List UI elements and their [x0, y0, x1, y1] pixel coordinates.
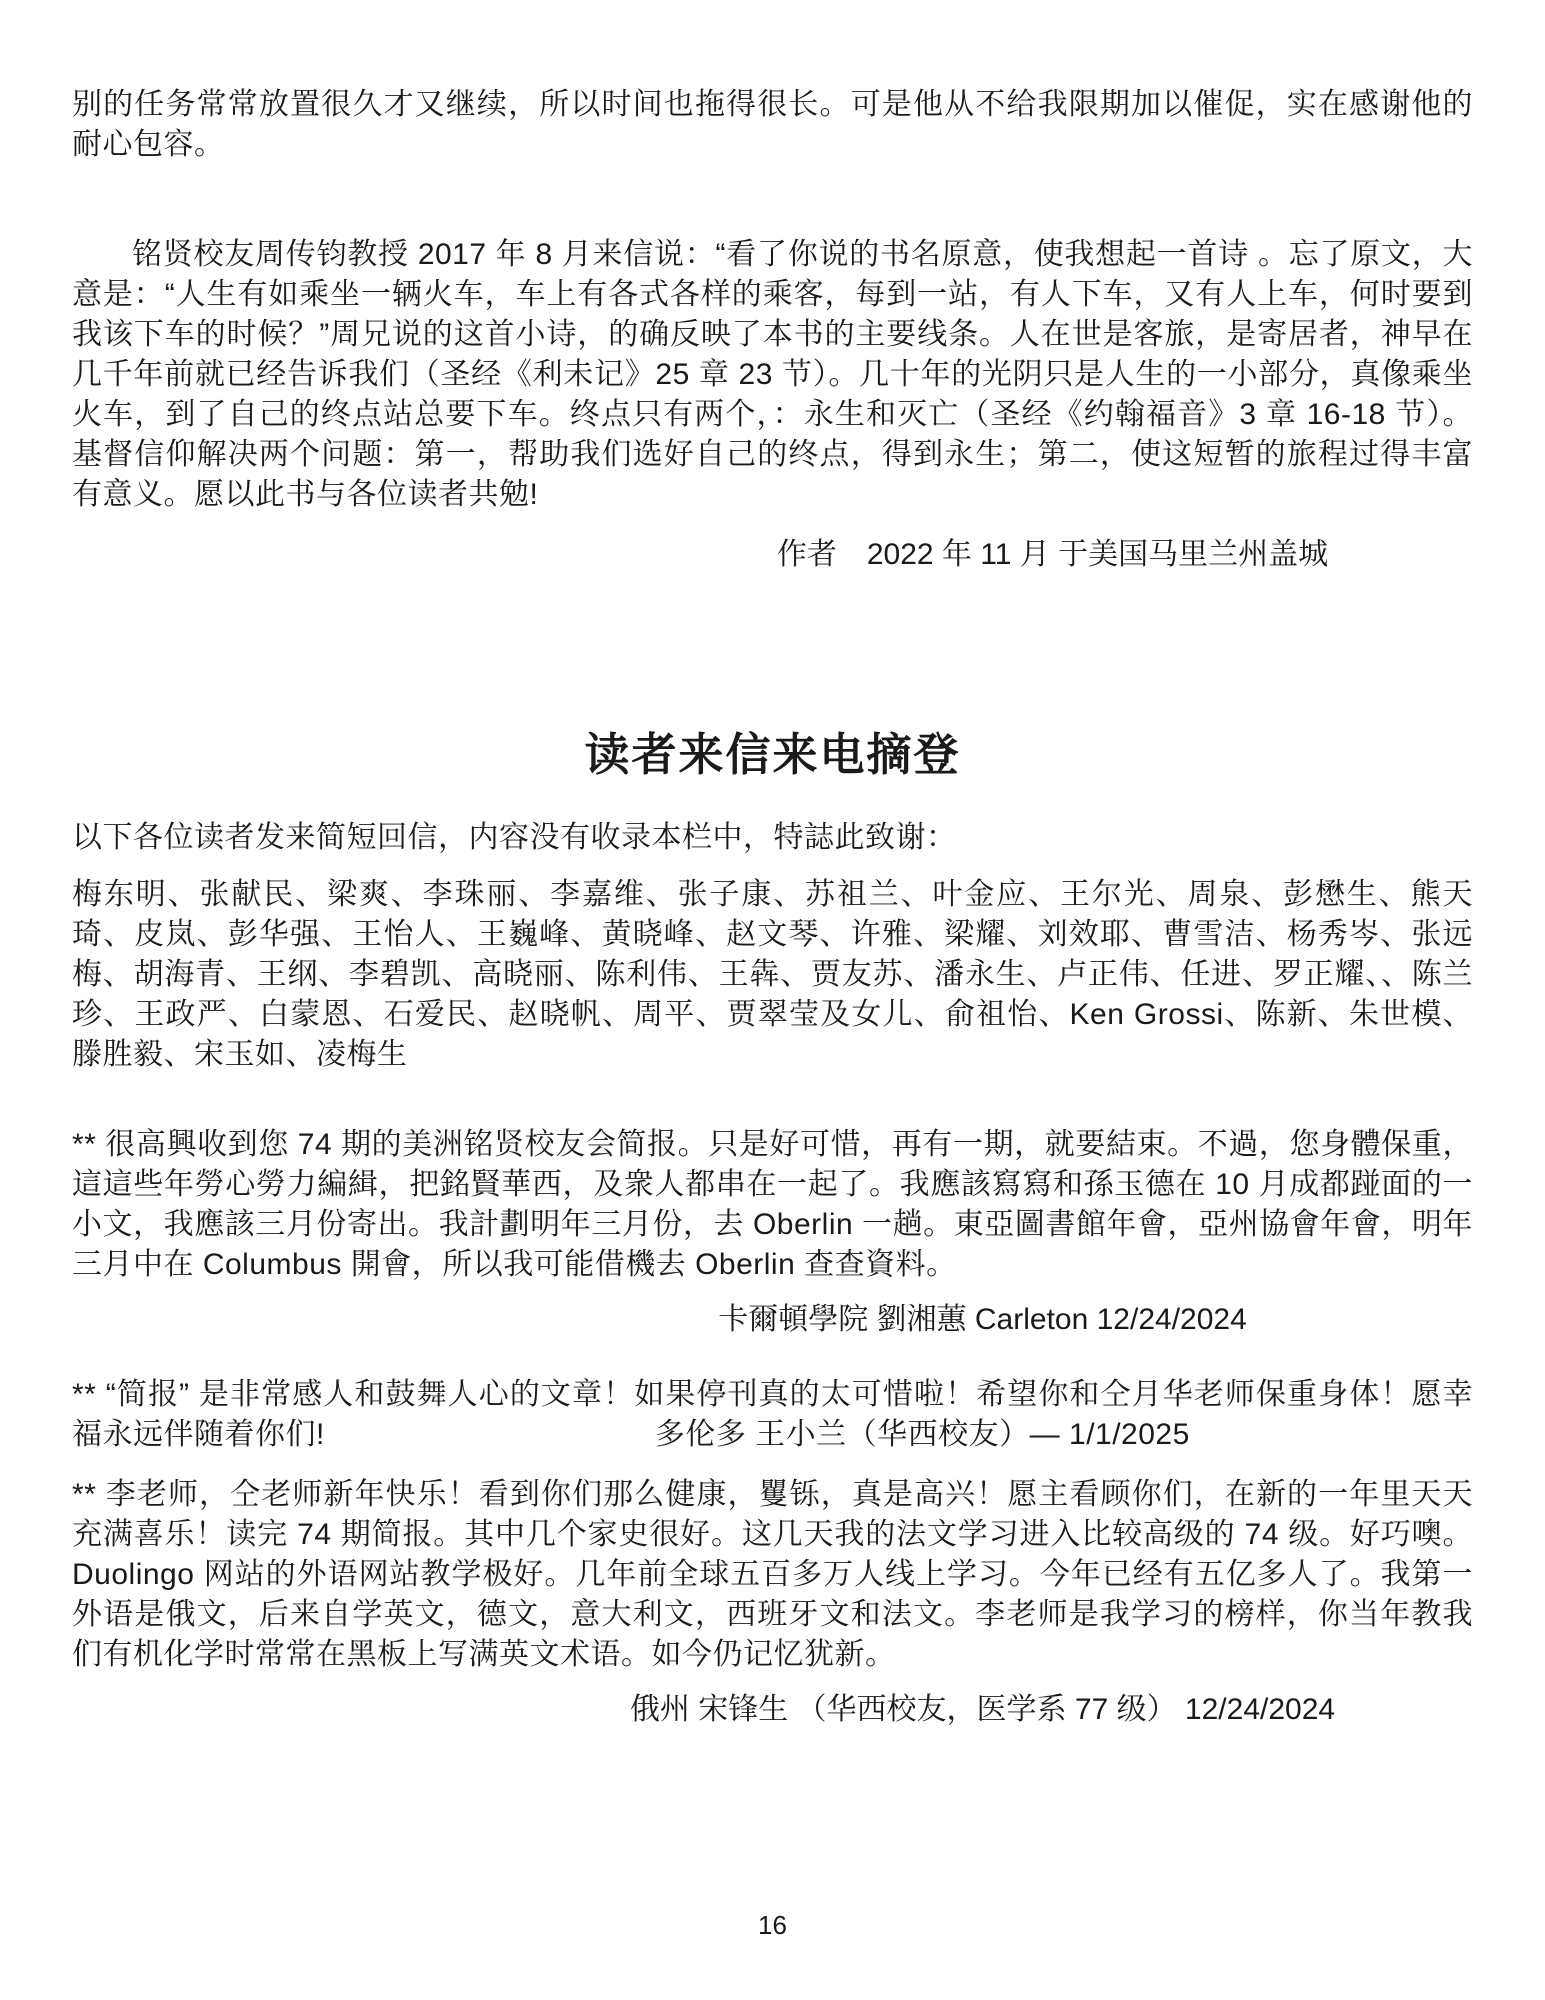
page-number: 16 — [72, 1905, 1473, 1945]
preface-paragraph-1: 别的任务常常放置很久才又继续，所以时间也拖得很长。可是他从不给我限期加以催促，实… — [72, 85, 1473, 165]
letter-3-body: ** 李老师，仝老师新年快乐！看到你们那么健康，矍铄，真是高兴！愿主看顾你们，在… — [72, 1475, 1473, 1675]
letter-1-body: ** 很高興收到您 74 期的美洲铭贤校友会简报。只是好可惜，再有一期，就要結束… — [72, 1125, 1473, 1285]
document-page: 别的任务常常放置很久才又继续，所以时间也拖得很长。可是他从不给我限期加以催促，实… — [0, 0, 1545, 2000]
letter-3-signature: 俄州 宋锋生 （华西校友，医学系 77 级） 12/24/2024 — [72, 1690, 1473, 1730]
letter-2-signature: 多伦多 王小兰（华西校友）— 1/1/2025 — [655, 1415, 1190, 1455]
letters-intro: 以下各位读者发来简短回信，内容没有收录本栏中，特誌此致谢： — [72, 818, 1473, 858]
letter-1-signature: 卡爾頓學院 劉湘蕙 Carleton 12/24/2024 — [72, 1300, 1473, 1340]
reader-names-list: 梅东明、张献民、梁爽、李珠丽、李嘉维、张子康、苏祖兰、叶金应、王尔光、周泉、彭懋… — [72, 875, 1473, 1075]
section-title: 读者来信来电摘登 — [72, 725, 1473, 785]
author-byline: 作者 2022 年 11 月 于美国马里兰州盖城 — [72, 535, 1473, 575]
letter-2-body: ** “简报” 是非常感人和鼓舞人心的文章！如果停刊真的太可惜啦！希望你和仝月华… — [72, 1375, 1473, 1455]
preface-paragraph-2: 铭贤校友周传钧教授 2017 年 8 月来信说：“看了你说的书名原意，使我想起一… — [72, 235, 1473, 515]
